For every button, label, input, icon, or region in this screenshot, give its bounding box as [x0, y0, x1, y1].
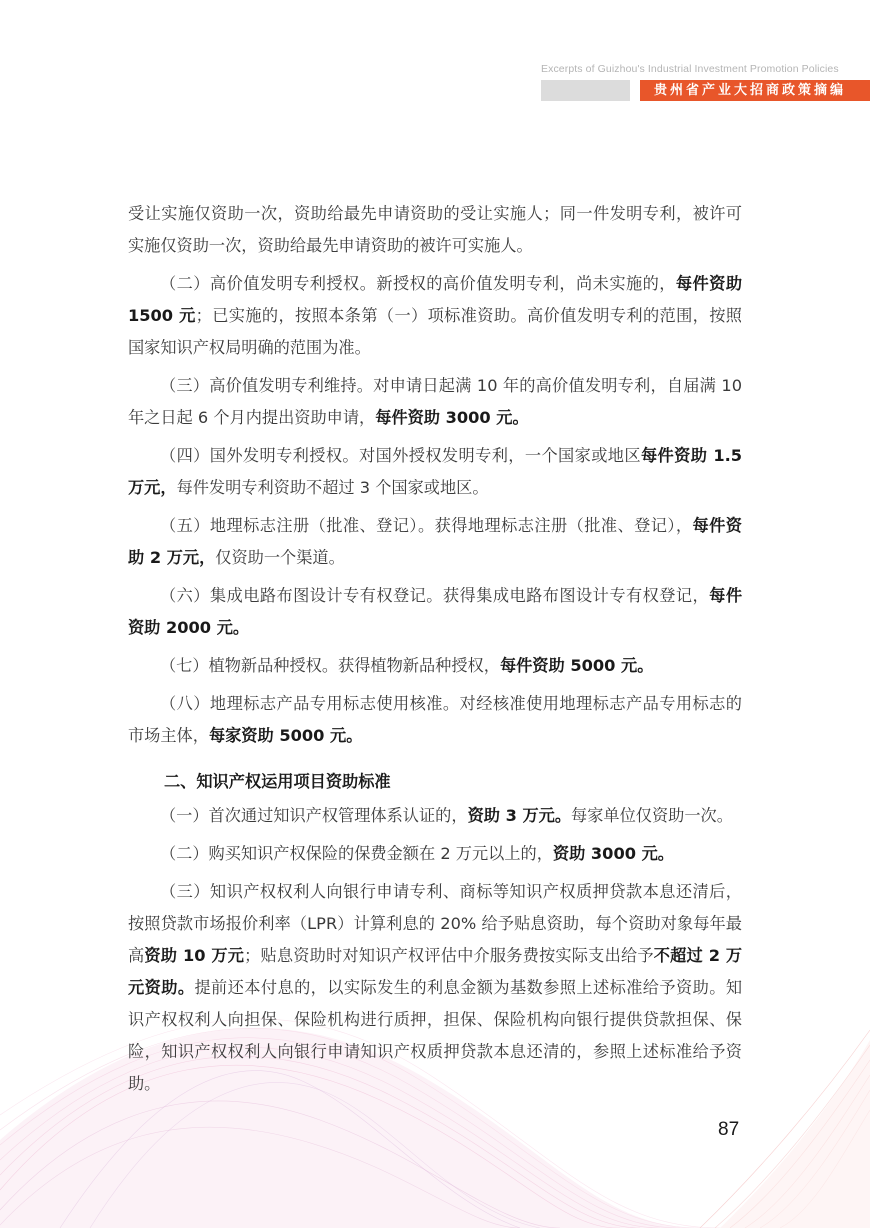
- section-paragraph-2: （二）购买知识产权保险的保费金额在 2 万元以上的，资助 3000 元。: [128, 838, 742, 870]
- section-paragraph-1: （一）首次通过知识产权管理体系认证的，资助 3 万元。每家单位仅资助一次。: [128, 800, 742, 832]
- bold-amount: 资助 3 万元。: [468, 806, 571, 825]
- paragraph-item-2: （二）高价值发明专利授权。新授权的高价值发明专利，尚未实施的，每件资助 1500…: [128, 268, 742, 364]
- text-segment: ；贴息资助时对知识产权评估中介服务费按实际支出给予: [244, 946, 654, 965]
- text-segment: （一）首次通过知识产权管理体系认证的，: [160, 806, 468, 825]
- paragraph-item-4: （四）国外发明专利授权。对国外授权发明专利，一个国家或地区每件资助 1.5 万元…: [128, 440, 742, 504]
- text-segment: （四）国外发明专利授权。对国外授权发明专利，一个国家或地区: [160, 446, 641, 465]
- text-segment: （七）植物新品种授权。获得植物新品种授权，: [160, 656, 500, 675]
- document-body: 受让实施仅资助一次，资助给最先申请资助的受让实施人；同一件发明专利，被许可实施仅…: [128, 198, 742, 1106]
- bold-amount: 每件资助 3000 元。: [375, 408, 528, 427]
- paragraph-item-5: （五）地理标志注册（批准、登记）。获得地理标志注册（批准、登记），每件资助 2 …: [128, 510, 742, 574]
- text-segment: 每件发明专利资助不超过 3 个国家或地区。: [177, 478, 489, 497]
- page-number: 87: [718, 1119, 739, 1141]
- header-title-banner: 贵州省产业大招商政策摘编: [640, 80, 870, 101]
- text-segment: 仅资助一个渠道。: [215, 548, 345, 567]
- bold-amount: 资助 3000 元。: [553, 844, 674, 863]
- text-segment: 提前还本付息的，以实际发生的利息金额为基数参照上述标准给予资助。知识产权权利人向…: [128, 978, 742, 1093]
- header-gray-block: [541, 80, 630, 101]
- header-subtitle-en: Excerpts of Guizhou's Industrial Investm…: [541, 63, 841, 75]
- bold-amount: 每件资助 5000 元。: [500, 656, 653, 675]
- paragraph-item-6: （六）集成电路布图设计专有权登记。获得集成电路布图设计专有权登记，每件资助 20…: [128, 580, 742, 644]
- text-segment: （二）购买知识产权保险的保费金额在 2 万元以上的，: [160, 844, 553, 863]
- text-segment: 受让实施仅资助一次，资助给最先申请资助的受让实施人；同一件发明专利，被许可实施仅…: [128, 204, 742, 255]
- section-heading: 二、知识产权运用项目资助标准: [128, 766, 742, 798]
- bold-amount: 每家资助 5000 元。: [209, 726, 362, 745]
- section-paragraph-3: （三）知识产权权利人向银行申请专利、商标等知识产权质押贷款本息还清后，按照贷款市…: [128, 876, 742, 1100]
- text-segment: （二）高价值发明专利授权。新授权的高价值发明专利，尚未实施的，: [160, 274, 676, 293]
- text-segment: 每家单位仅资助一次。: [571, 806, 733, 825]
- text-segment: （六）集成电路布图设计专有权登记。获得集成电路布图设计专有权登记，: [160, 586, 709, 605]
- paragraph-item-7: （七）植物新品种授权。获得植物新品种授权，每件资助 5000 元。: [128, 650, 742, 682]
- bold-amount: 资助 10 万元: [144, 946, 244, 965]
- paragraph-item-3: （三）高价值发明专利维持。对申请日起满 10 年的高价值发明专利，自届满 10 …: [128, 370, 742, 434]
- paragraph-continuation: 受让实施仅资助一次，资助给最先申请资助的受让实施人；同一件发明专利，被许可实施仅…: [128, 198, 742, 262]
- text-segment: ；已实施的，按照本条第（一）项标准资助。高价值发明专利的范围，按照国家知识产权局…: [128, 306, 742, 357]
- paragraph-item-8: （八）地理标志产品专用标志使用核准。对经核准使用地理标志产品专用标志的市场主体，…: [128, 688, 742, 752]
- text-segment: （五）地理标志注册（批准、登记）。获得地理标志注册（批准、登记），: [160, 516, 693, 535]
